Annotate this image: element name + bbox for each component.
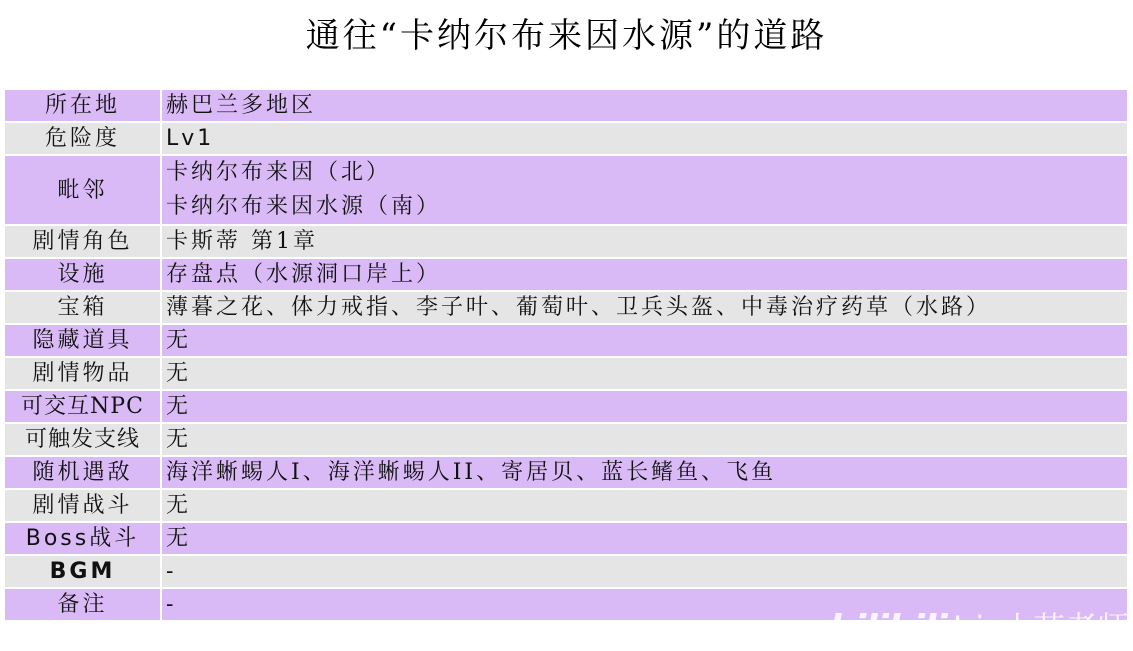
row-key: 剧情战斗 xyxy=(4,489,161,522)
row-value: 无 xyxy=(161,324,1128,357)
watermark: bilibili Iris小艾老师 xyxy=(829,603,1129,649)
row-key: Boss战斗 xyxy=(4,522,161,555)
row-value: 卡纳尔布来因（北） 卡纳尔布来因水源（南） xyxy=(161,155,1128,225)
table-row-treasure: 宝箱 薄暮之花、体力戒指、李子叶、葡萄叶、卫兵头盔、中毒治疗药草（水路） xyxy=(4,291,1128,324)
table-row-danger: 危险度 Lv1 xyxy=(4,122,1128,155)
row-value: 无 xyxy=(161,357,1128,390)
table-row-hidden-items: 隐藏道具 无 xyxy=(4,324,1128,357)
info-table: 所在地 赫巴兰多地区 危险度 Lv1 毗邻 卡纳尔布来因（北） 卡纳尔布来因水源… xyxy=(3,88,1129,622)
table-row-bgm: BGM - xyxy=(4,555,1128,588)
table-row-side-quests: 可触发支线 无 xyxy=(4,423,1128,456)
row-key: 备注 xyxy=(4,588,161,621)
row-value: 无 xyxy=(161,522,1128,555)
row-key: 所在地 xyxy=(4,89,161,122)
row-value: 卡斯蒂 第1章 xyxy=(161,225,1128,258)
row-value: 无 xyxy=(161,390,1128,423)
row-value: 薄暮之花、体力戒指、李子叶、葡萄叶、卫兵头盔、中毒治疗药草（水路） xyxy=(161,291,1128,324)
row-value: 海洋蜥蜴人I、海洋蜥蜴人II、寄居贝、蓝长鳍鱼、飞鱼 xyxy=(161,456,1128,489)
table-row-adjacent: 毗邻 卡纳尔布来因（北） 卡纳尔布来因水源（南） xyxy=(4,155,1128,225)
row-key: 可触发支线 xyxy=(4,423,161,456)
row-value: 赫巴兰多地区 xyxy=(161,89,1128,122)
row-value: 存盘点（水源洞口岸上） xyxy=(161,258,1128,291)
adjacent-north: 卡纳尔布来因（北） xyxy=(166,156,1127,190)
table-row-story-character: 剧情角色 卡斯蒂 第1章 xyxy=(4,225,1128,258)
row-key: 可交互NPC xyxy=(4,390,161,423)
page-title: 通往“卡纳尔布来因水源”的道路 xyxy=(0,8,1133,57)
bilibili-logo-icon: bilibili xyxy=(829,608,947,649)
watermark-text: Iris小艾老师 xyxy=(953,603,1129,649)
table-row-random-encounters: 随机遇敌 海洋蜥蜴人I、海洋蜥蜴人II、寄居贝、蓝长鳍鱼、飞鱼 xyxy=(4,456,1128,489)
row-key: 随机遇敌 xyxy=(4,456,161,489)
row-value: - xyxy=(161,555,1128,588)
table-row-location: 所在地 赫巴兰多地区 xyxy=(4,89,1128,122)
table-row-facilities: 设施 存盘点（水源洞口岸上） xyxy=(4,258,1128,291)
table-row-story-items: 剧情物品 无 xyxy=(4,357,1128,390)
table-row-npc: 可交互NPC 无 xyxy=(4,390,1128,423)
row-key: 危险度 xyxy=(4,122,161,155)
row-key: 毗邻 xyxy=(4,155,161,225)
row-value: 无 xyxy=(161,423,1128,456)
row-key: 隐藏道具 xyxy=(4,324,161,357)
row-key: 设施 xyxy=(4,258,161,291)
row-key: 宝箱 xyxy=(4,291,161,324)
adjacent-south: 卡纳尔布来因水源（南） xyxy=(166,190,1127,224)
row-key: 剧情角色 xyxy=(4,225,161,258)
table-row-boss-battles: Boss战斗 无 xyxy=(4,522,1128,555)
row-value: Lv1 xyxy=(161,122,1128,155)
row-key: BGM xyxy=(4,555,161,588)
row-value: 无 xyxy=(161,489,1128,522)
table-row-story-battles: 剧情战斗 无 xyxy=(4,489,1128,522)
row-key: 剧情物品 xyxy=(4,357,161,390)
